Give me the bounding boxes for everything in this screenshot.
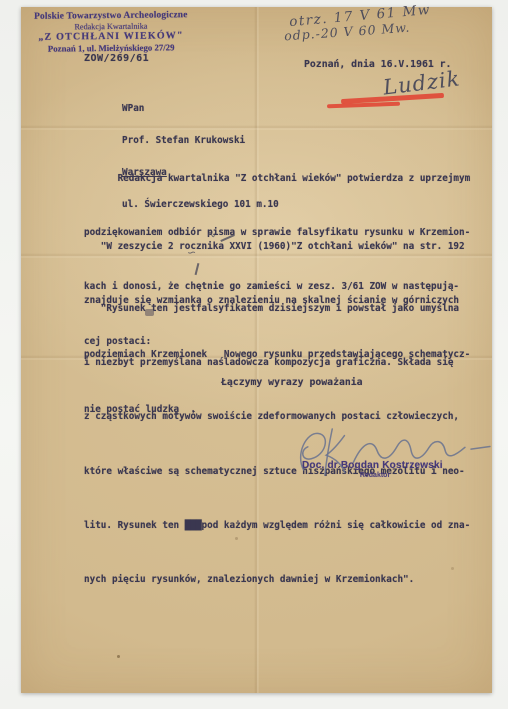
paper-speck <box>117 655 120 658</box>
letterhead-journal-title: „Z OTCHŁANI WIEKÓW" <box>27 30 195 43</box>
body-line: "W zeszycie 2 rocznika XXVI (1960)"Z otc… <box>84 239 470 255</box>
pencil-tail-mark: ∽ <box>186 246 197 260</box>
scan-background: Polskie Towarzystwo Archeologiczne Redak… <box>0 0 508 709</box>
recipient-salutation: WPan <box>122 104 279 115</box>
ink-smudge <box>145 309 154 316</box>
body-line: Redakcja kwartalnika "Z otchłani wieków"… <box>84 171 470 187</box>
body-line: "Rysunek ten jestfalsyfikatem dzisiejszy… <box>84 301 470 317</box>
letterhead-organization: Polskie Towarzystwo Archeologiczne <box>27 10 195 22</box>
letterhead-stamp: Polskie Towarzystwo Archeologiczne Redak… <box>27 10 195 54</box>
signature-handwriting <box>286 417 493 482</box>
red-underline-mark-2 <box>327 102 400 109</box>
dateline: Poznań, dnia 16.V.1961 r. <box>304 59 451 70</box>
body-line: i niezbyt przemyślana naśladowcza kompoz… <box>84 355 470 371</box>
closing-salutation: Łączymy wyrazy poważania <box>221 377 363 388</box>
letter-paper: Polskie Towarzystwo Archeologiczne Redak… <box>21 7 492 693</box>
body-line: nych pięciu rysunków, znalezionych dawni… <box>84 572 470 588</box>
reference-number: ZOW/269/61 <box>84 53 149 64</box>
pencil-insert-mark: ∿ <box>206 227 217 241</box>
body-line: litu. Rysunek ten ███pod każdym względem… <box>84 518 470 534</box>
